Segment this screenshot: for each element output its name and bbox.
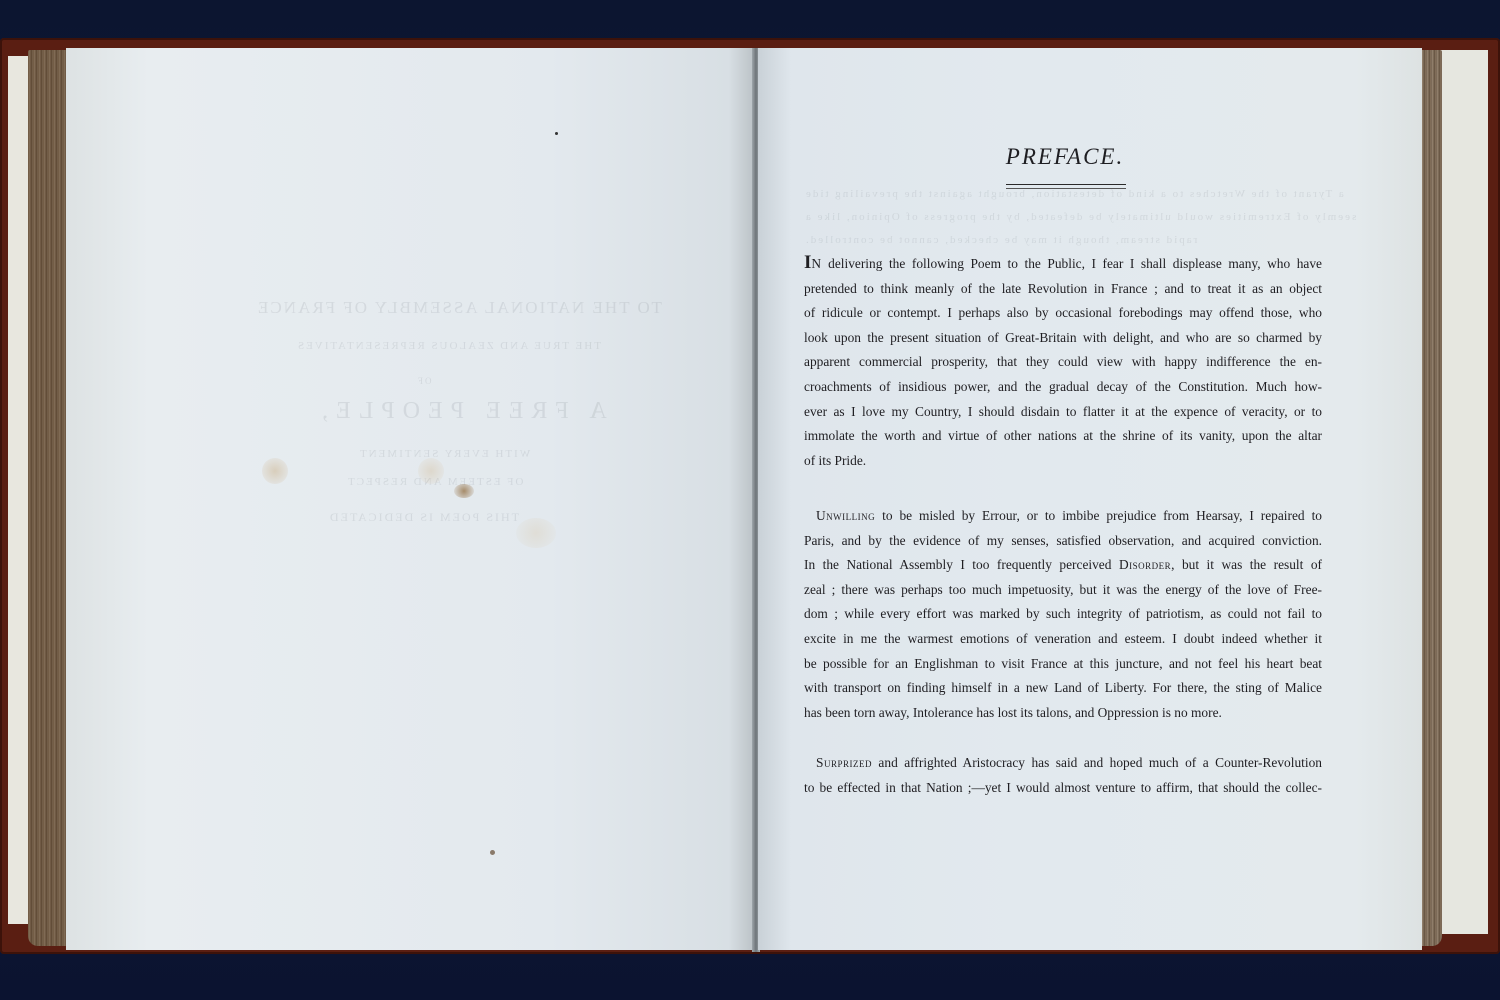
title-rule <box>1006 184 1126 189</box>
text-line: of its Pride. <box>804 449 1322 474</box>
preface-paragraph-1: IN delivering the following Poem to the … <box>804 252 1322 473</box>
show-through-line: seemly of Extremities would ultimately b… <box>804 211 1356 223</box>
text-line: Unwilling to be misled by Errour, or to … <box>804 504 1322 529</box>
foxing-stain <box>418 458 444 484</box>
foxing-stain <box>454 484 474 498</box>
preface-paragraph-2: Unwilling to be misled by Errour, or to … <box>804 504 1322 725</box>
show-through-line: WITH EVERY SENTIMENT <box>358 448 530 460</box>
left-page: TO THE NATIONAL ASSEMBLY OF FRANCE THE T… <box>66 48 756 950</box>
text-line: Surprized and affrighted Aristocracy has… <box>804 751 1322 776</box>
text-line: apparent commercial prosperity, that the… <box>804 350 1322 375</box>
speck <box>555 132 558 135</box>
show-through-line: a Tyrant of the Wretches to a kind of de… <box>804 188 1344 200</box>
text-line: with transport on finding himself in a n… <box>804 676 1322 701</box>
text-line: ever as I love my Country, I should disd… <box>804 400 1322 425</box>
page-title: PREFACE. <box>1000 144 1130 170</box>
text-line: to be effected in that Nation ;—yet I wo… <box>804 776 1322 801</box>
show-through-line: A FREE PEOPLE, <box>314 398 607 425</box>
text-line: look upon the present situation of Great… <box>804 326 1322 351</box>
show-through-line: TO THE NATIONAL ASSEMBLY OF FRANCE <box>256 298 662 318</box>
foxing-stain <box>262 458 288 484</box>
text-line: In the National Assembly I too frequentl… <box>804 553 1322 578</box>
text-line: IN delivering the following Poem to the … <box>804 252 1322 277</box>
show-through-line: THE TRUE AND ZEALOUS REPRESENTATIVES <box>296 340 601 352</box>
text-line: zeal ; there was perhaps too much impetu… <box>804 578 1322 603</box>
text-line: be possible for an Englishman to visit F… <box>804 652 1322 677</box>
show-through-line: rapid stream, though it may be checked, … <box>804 234 1197 246</box>
preface-paragraph-3: Surprized and affrighted Aristocracy has… <box>804 751 1322 800</box>
speck <box>490 850 495 855</box>
foxing-stain <box>516 518 556 548</box>
text-line: immolate the worth and virtue of other n… <box>804 424 1322 449</box>
text-line: croachments of insidious power, and the … <box>804 375 1322 400</box>
text-line: of ridicule or contempt. I perhaps also … <box>804 301 1322 326</box>
text-line: Paris, and by the evidence of my senses,… <box>804 529 1322 554</box>
show-through-line: OF <box>416 376 432 386</box>
text-line: excite in me the warmest emotions of ven… <box>804 627 1322 652</box>
right-endpaper <box>1436 50 1488 934</box>
text-line: dom ; while every effort was marked by s… <box>804 602 1322 627</box>
text-line: pretended to think meanly of the late Re… <box>804 277 1322 302</box>
text-line: has been torn away, Intolerance has lost… <box>804 701 1322 726</box>
show-through-line: THIS POEM IS DEDICATED <box>328 510 519 525</box>
